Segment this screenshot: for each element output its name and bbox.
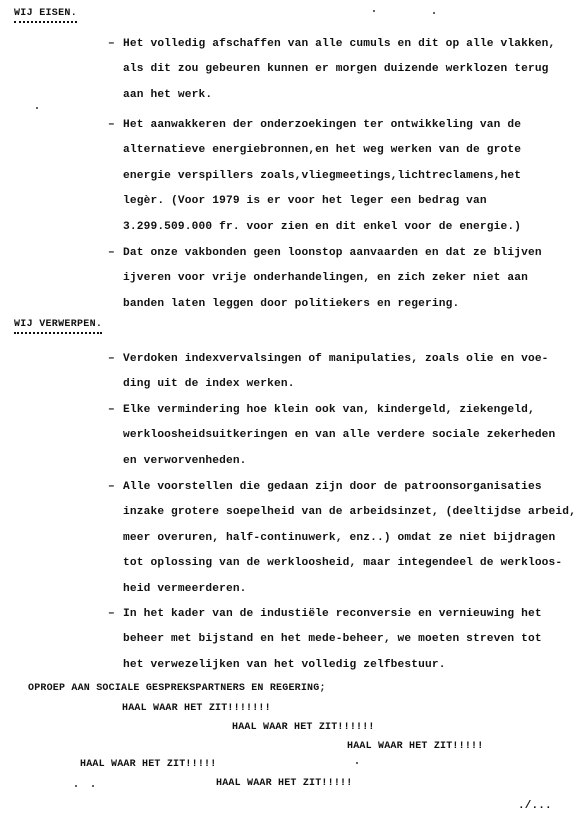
item-line: aan het werk. (108, 83, 568, 108)
item-line: en verworvenheden. (108, 449, 568, 474)
bullet-dash: – (108, 398, 123, 423)
section-heading-rejections: WIJ VERWERPEN. (14, 319, 102, 334)
item-line: inzake grotere soepelheid van de arbeids… (108, 500, 568, 525)
scan-speck (36, 107, 38, 109)
item-line: ding uit de index werken. (108, 372, 568, 397)
bullet-dash: – (108, 347, 123, 372)
bullet-dash: – (108, 32, 123, 57)
scan-speck (373, 10, 375, 12)
rejection-item-4: –In het kader van de industiële reconver… (108, 602, 568, 678)
item-line: –Dat onze vakbonden geen loonstop aanvaa… (108, 241, 568, 266)
item-line: beheer met bijstand en het mede-beheer, … (108, 627, 568, 652)
bullet-dash: – (108, 602, 123, 627)
item-line: legèr. (Voor 1979 is er voor het leger e… (108, 189, 568, 214)
item-line: het verwezelijken van het volledig zelfb… (108, 653, 568, 678)
bullet-dash: – (108, 475, 123, 500)
item-line: als dit zou gebeuren kunnen er morgen du… (108, 57, 568, 82)
item-line: –Elke vermindering hoe klein ook van, ki… (108, 398, 568, 423)
bullet-dash: – (108, 113, 123, 138)
item-line: banden laten leggen door politiekers en … (108, 292, 568, 317)
item-line: –Het volledig afschaffen van alle cumuls… (108, 32, 568, 57)
item-line: tot oplossing van de werkloosheid, maar … (108, 551, 568, 576)
slogan-3: HAAL WAAR HET ZIT!!!!! (347, 741, 483, 752)
rejection-item-2: –Elke vermindering hoe klein ook van, ki… (108, 398, 568, 474)
item-line: ijveren voor vrije onderhandelingen, en … (108, 266, 568, 291)
bullet-dash: – (108, 241, 123, 266)
item-line: –In het kader van de industiële reconver… (108, 602, 568, 627)
section-heading-demands: WIJ EISEN. (14, 8, 77, 23)
continuation-mark: ./... (518, 800, 552, 812)
item-line: werkloosheidsuitkeringen en van alle ver… (108, 423, 568, 448)
scan-speck (75, 785, 77, 787)
item-line: energie verspillers zoals,vliegmeetings,… (108, 164, 568, 189)
item-line: alternatieve energiebronnen,en het weg w… (108, 138, 568, 163)
demand-item-1: –Het volledig afschaffen van alle cumuls… (108, 32, 568, 108)
item-line: 3.299.509.000 fr. voor zien en dit enkel… (108, 215, 568, 240)
item-line: –Alle voorstellen die gedaan zijn door d… (108, 475, 568, 500)
scan-speck (433, 12, 435, 14)
slogan-2: HAAL WAAR HET ZIT!!!!!! (232, 722, 375, 733)
slogan-5: HAAL WAAR HET ZIT!!!!! (216, 778, 352, 789)
item-line: heid vermeerderen. (108, 577, 568, 602)
demand-item-3: –Dat onze vakbonden geen loonstop aanvaa… (108, 241, 568, 317)
rejection-item-3: –Alle voorstellen die gedaan zijn door d… (108, 475, 568, 602)
item-line: meer overuren, half-continuwerk, enz..) … (108, 526, 568, 551)
scan-speck (356, 762, 358, 764)
demand-item-2: –Het aanwakkeren der onderzoekingen ter … (108, 113, 568, 240)
slogan-4: HAAL WAAR HET ZIT!!!!! (80, 759, 216, 770)
item-line: –Het aanwakkeren der onderzoekingen ter … (108, 113, 568, 138)
item-line: –Verdoken indexvervalsingen of manipulat… (108, 347, 568, 372)
appeal-line: OPROEP AAN SOCIALE GESPREKSPARTNERS EN R… (28, 683, 326, 694)
scan-speck (92, 785, 94, 787)
slogan-1: HAAL WAAR HET ZIT!!!!!!! (122, 703, 271, 714)
rejection-item-1: –Verdoken indexvervalsingen of manipulat… (108, 347, 568, 398)
